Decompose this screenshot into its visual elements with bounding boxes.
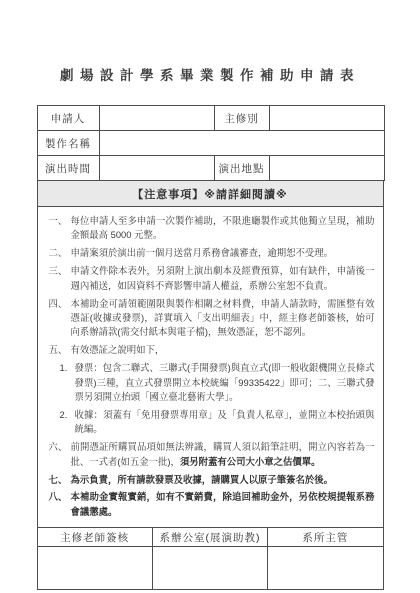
notice-item-5: 五、 有效憑証之說明如下， [49,343,375,357]
notice-item-1: 一、 每位申請人至多申請一次製作補助，不限進廳製作或其他獨立呈現，補助金額最高 … [49,214,375,243]
item-text: 為示負責，所有請款發票及收據，請購買人以原子筆簽名於後。 [71,473,375,487]
item-text: 申請文件除本表外，另須附上演出劇本及經費預算，如有缺件，申請後一週內補送，如因資… [71,264,375,293]
item-text: 本補助金可請領範圍限與製作相關之材料費，申請人請款時，需匯整有效憑証(收據或發票… [71,297,375,340]
dept-office-signature-cell [152,547,267,590]
notice-header-row: 【注意事項】※請詳細閱讀※ [37,181,383,207]
application-form-sheet: 劇場設計學系畢業製作補助申請表 申請人 主修別 製作名稱 演出時間 演出地點 【… [37,64,384,590]
table-row: 申請人 主修別 [37,106,384,131]
notice-item-8: 八、 本補助金實報實銷，如有不實銷費，除追回補助金外，另依校規提報系務會議懲處。 [49,490,375,519]
item-text: 發票：包含二聯式、三聯式(手開發票)與直立式(即一般收銀機開立長條式發票)三種，… [75,361,375,404]
item-text: 有效憑証之說明如下， [71,343,375,357]
show-time-label: 演出時間 [37,156,99,181]
notice-body-row: 一、 每位申請人至多申請一次製作補助，不限進廳製作或其他獨立呈現，補助金額最高 … [37,207,383,528]
item-number: 八、 [49,490,71,519]
notice-item-7: 七、 為示負責，所有請款發票及收據，請購買人以原子筆簽名於後。 [49,473,375,487]
notice-item-2: 二、 申請案須於演出前一個月送當月系務會議審查，逾期恕不受理。 [49,246,375,260]
major-value-cell [269,106,384,131]
dept-director-signature-cell [268,547,383,590]
notice-body-cell: 一、 每位申請人至多申請一次製作補助，不限進廳製作或其他獨立呈現，補助金額最高 … [37,207,383,528]
signature-blank-row [37,547,383,590]
item-text: 申請案須於演出前一個月送當月系務會議審查，逾期恕不受理。 [71,246,375,260]
table-row: 製作名稱 [37,131,384,156]
notice-header: 【注意事項】※請詳細閱讀※ [37,181,383,207]
item-text: 本補助金實報實銷，如有不實銷費，除追回補助金外，另依校規提報系務會議懲處。 [71,490,375,519]
signature-table: 主修老師簽核 系辦公室(展演助教) 系所主管 [37,527,384,590]
major-label: 主修別 [214,106,269,131]
item-number: 三、 [49,264,71,293]
dept-office-label: 系辦公室(展演助教) [152,528,267,547]
item-number: 二、 [49,246,71,260]
dept-director-label: 系所主管 [268,528,383,547]
applicant-value-cell [99,106,214,131]
item-text-bold: 須另附蓋有公司大小章之估價單。 [180,456,321,467]
production-name-value-cell [99,131,384,156]
page-title: 劇場設計學系畢業製作補助申請表 [37,64,384,84]
applicant-label: 申請人 [37,106,99,131]
item-number: 七、 [49,473,71,487]
show-time-value-cell [99,156,214,181]
item-number: 五、 [49,343,71,357]
item-text: 每位申請人至多申請一次製作補助，不限進廳製作或其他獨立呈現，補助金額最高 500… [71,214,375,243]
notice-table: 【注意事項】※請詳細閱讀※ 一、 每位申請人至多申請一次製作補助，不限進廳製作或… [37,180,384,528]
notice-item-4: 四、 本補助金可請領範圍限與製作相關之材料費，申請人請款時，需匯整有效憑証(收據… [49,297,375,340]
item-number: 2. [60,408,75,437]
notice-item-5-sub-1: 1. 發票：包含二聯式、三聯式(手開發票)與直立式(即一般收銀機開立長條式發票)… [49,361,375,404]
item-number: 六、 [49,440,71,469]
notice-item-3: 三、 申請文件除本表外，另須附上演出劇本及經費預算，如有缺件，申請後一週內補送，… [49,264,375,293]
applicant-info-table: 申請人 主修別 製作名稱 演出時間 演出地點 [37,105,385,181]
production-name-label: 製作名稱 [37,131,99,156]
table-row: 演出時間 演出地點 [37,156,384,181]
item-text: 前開憑証所購買品項如無法辨識，購買人須以鉛筆註明，開立內容若為一批、一式者(如五… [71,440,375,469]
notice-item-5-sub-2: 2. 收據：須蓋有「免用發票專用章」及「負責人私章」，並開立本校抬頭與統編。 [49,408,375,437]
item-number: 1. [60,361,75,404]
show-place-label: 演出地點 [214,156,269,181]
advisor-signature-cell [37,547,152,590]
advisor-signoff-label: 主修老師簽核 [37,528,152,547]
signature-header-row: 主修老師簽核 系辦公室(展演助教) 系所主管 [37,528,383,547]
show-place-value-cell [269,156,384,181]
item-number: 一、 [49,214,71,243]
item-text: 收據：須蓋有「免用發票專用章」及「負責人私章」，並開立本校抬頭與統編。 [75,408,375,437]
item-number: 四、 [49,297,71,340]
notice-item-6: 六、 前開憑証所購買品項如無法辨識，購買人須以鉛筆註明，開立內容若為一批、一式者… [49,440,375,469]
